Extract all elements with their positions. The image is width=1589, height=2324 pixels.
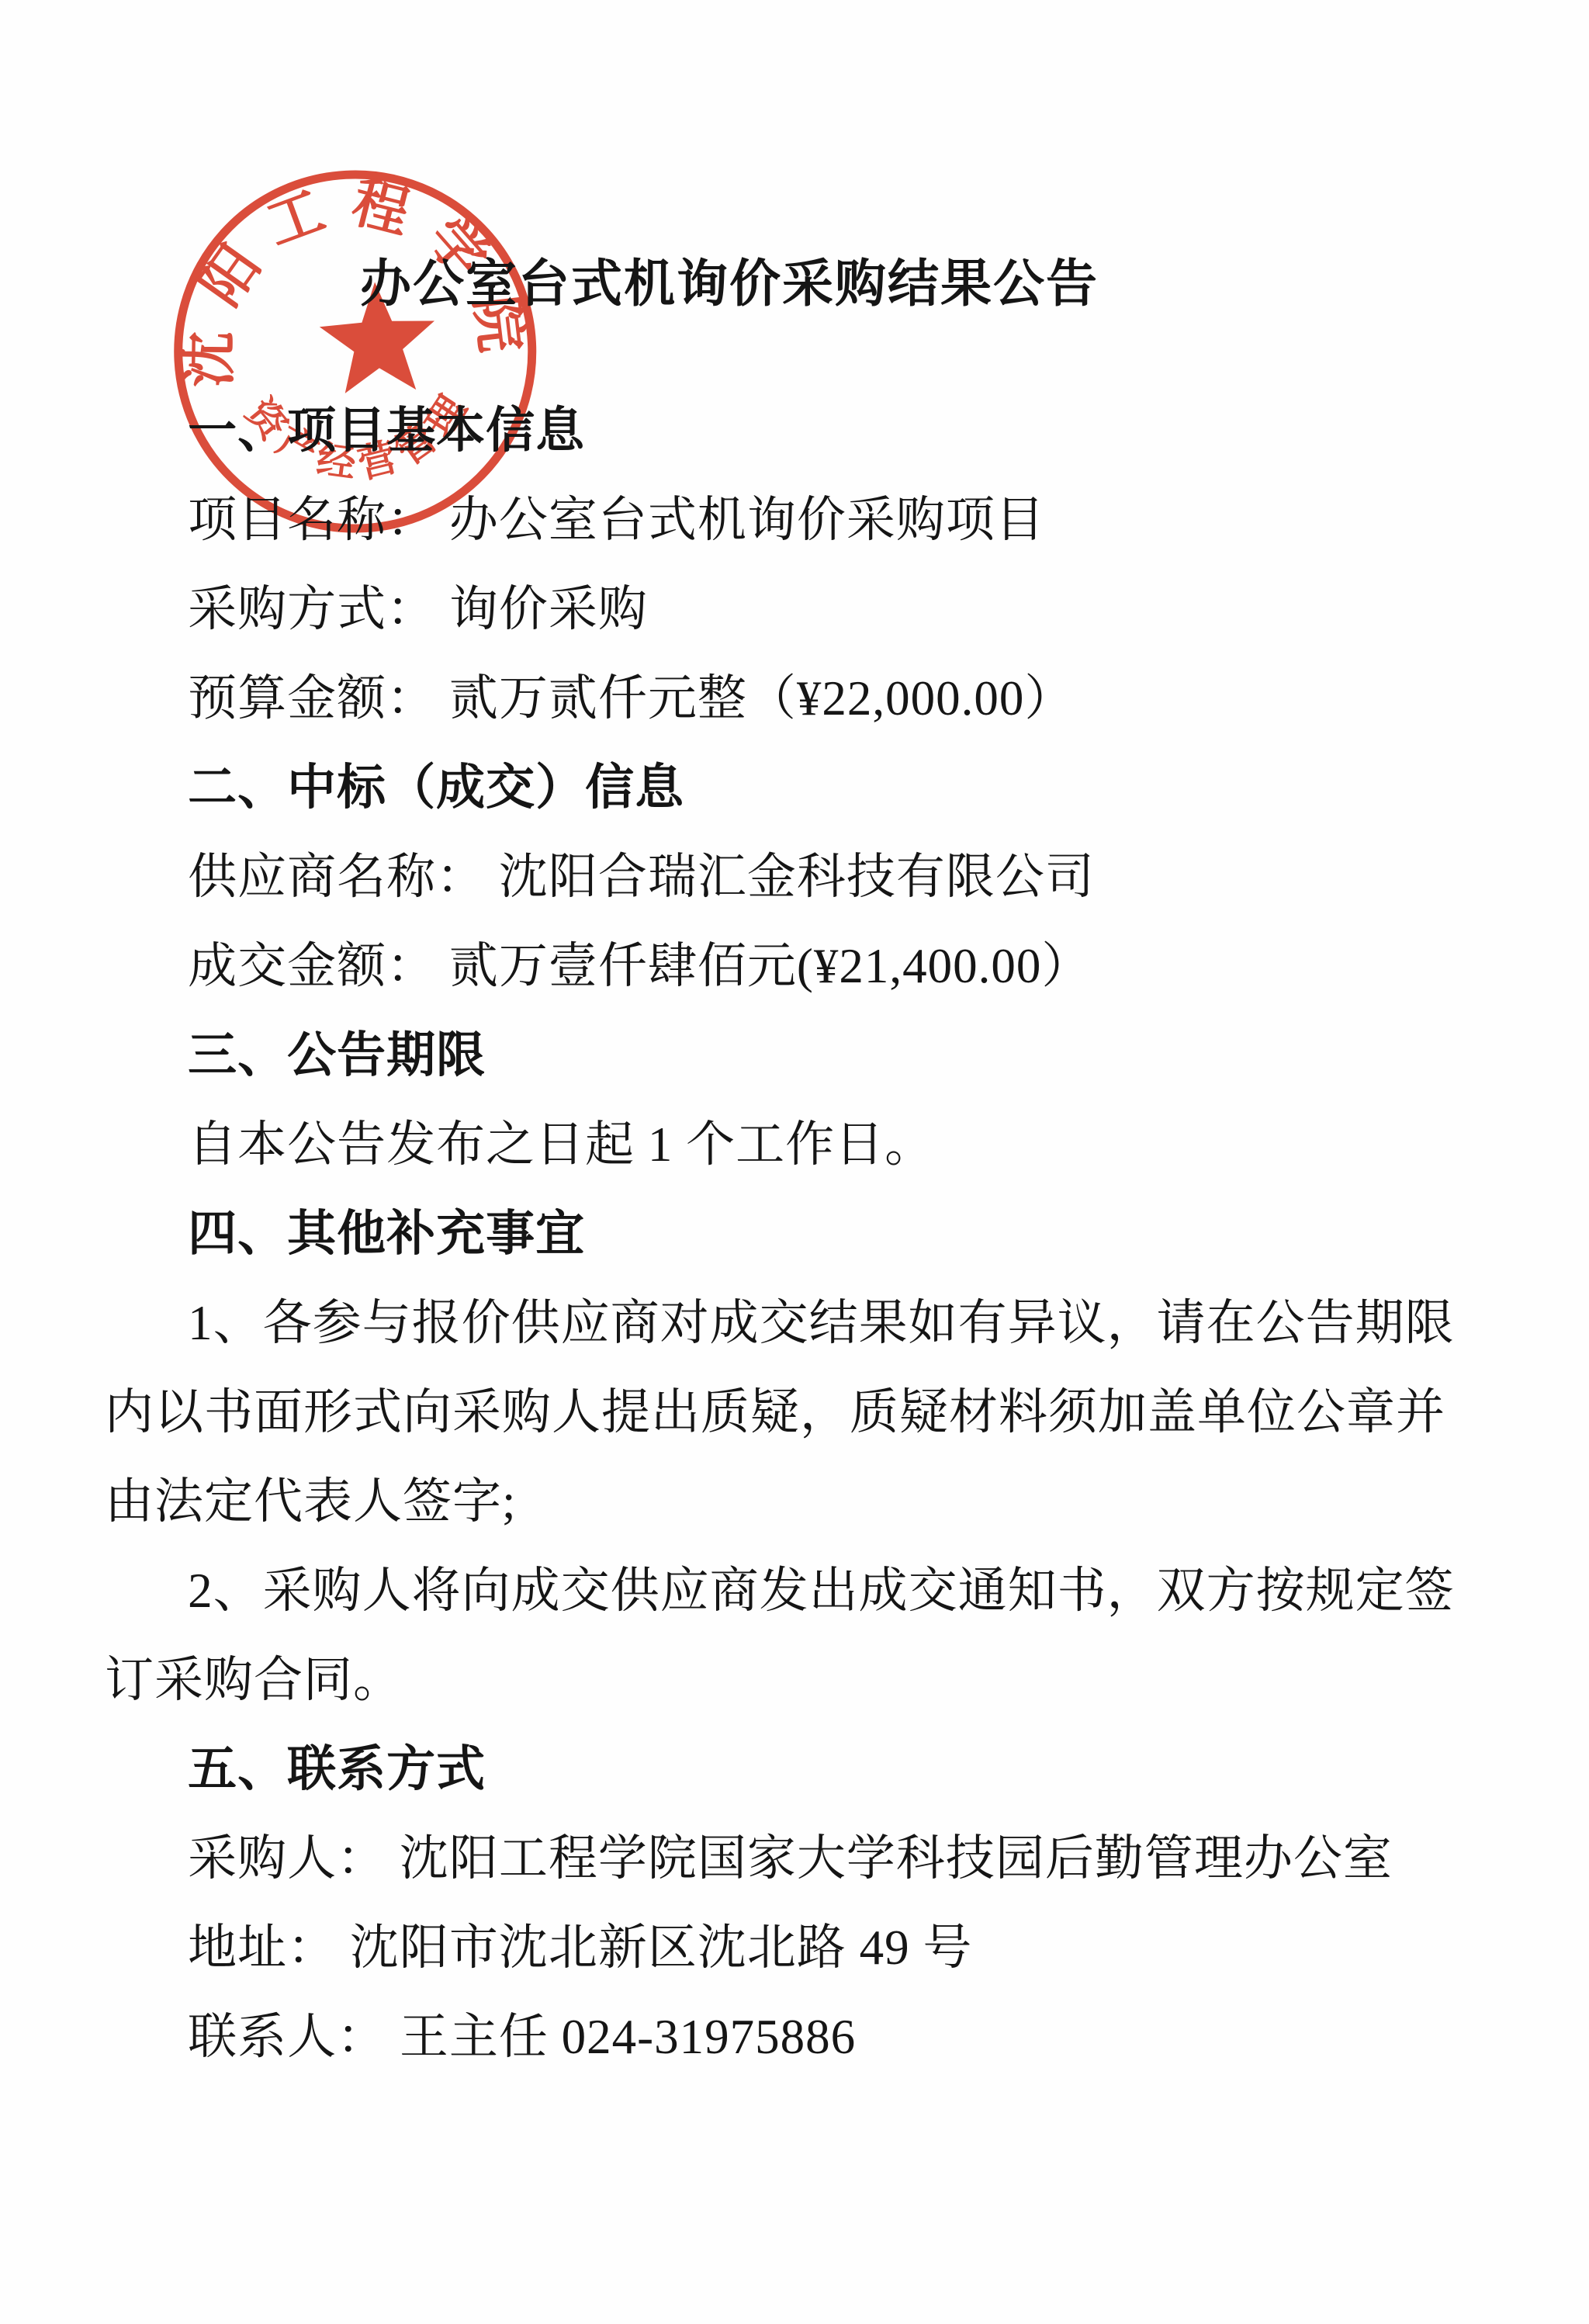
field-purchaser: 采购人： 沈阳工程学院国家大学科技园后勤管理办公室 [105, 1814, 1501, 1903]
document-title: 办公室台式机询价采购结果公告 [0, 242, 1459, 316]
section-3-heading: 三、公告期限 [105, 1011, 1501, 1100]
field-address: 地址： 沈阳市沈北新区沈北路 49 号 [105, 1903, 1501, 1993]
note-1-line-1: 1、各参与报价供应商对成交结果如有异议，请在公告期限 [105, 1279, 1501, 1368]
field-supplier-name: 供应商名称： 沈阳合瑞汇金科技有限公司 [105, 833, 1501, 922]
field-contact: 联系人： 王主任 024-31975886 [105, 1993, 1501, 2082]
section-2-heading: 二、中标（成交）信息 [105, 743, 1501, 833]
field-procurement-method: 采购方式： 询价采购 [105, 565, 1501, 654]
field-project-name: 项目名称： 办公室台式机询价采购项目 [105, 476, 1501, 565]
note-2-line-1: 2、采购人将向成交供应商发出成交通知书，双方按规定签 [105, 1546, 1501, 1636]
section-4-heading: 四、其他补充事宜 [105, 1190, 1501, 1279]
document-page: 沈阳工程学院 资产经营管理 办公室台式机询价采购结果公告 一、项目基本信息项目名… [0, 0, 1589, 2324]
section-1-heading: 一、项目基本信息 [105, 386, 1501, 476]
note-2-line-2: 订采购合同。 [105, 1636, 1501, 1725]
field-deal-amount: 成交金额： 贰万壹仟肆佰元(¥21,400.00） [105, 922, 1501, 1011]
section-5-heading: 五、联系方式 [105, 1725, 1501, 1814]
announcement-period-text: 自本公告发布之日起 1 个工作日。 [105, 1100, 1501, 1190]
field-budget-amount: 预算金额： 贰万贰仟元整（¥22,000.00） [105, 654, 1501, 743]
note-1-line-2: 内以书面形式向采购人提出质疑，质疑材料须加盖单位公章并 [105, 1368, 1501, 1457]
document-body: 一、项目基本信息项目名称： 办公室台式机询价采购项目采购方式： 询价采购预算金额… [105, 386, 1501, 2082]
note-1-line-3: 由法定代表人签字; [105, 1457, 1501, 1546]
